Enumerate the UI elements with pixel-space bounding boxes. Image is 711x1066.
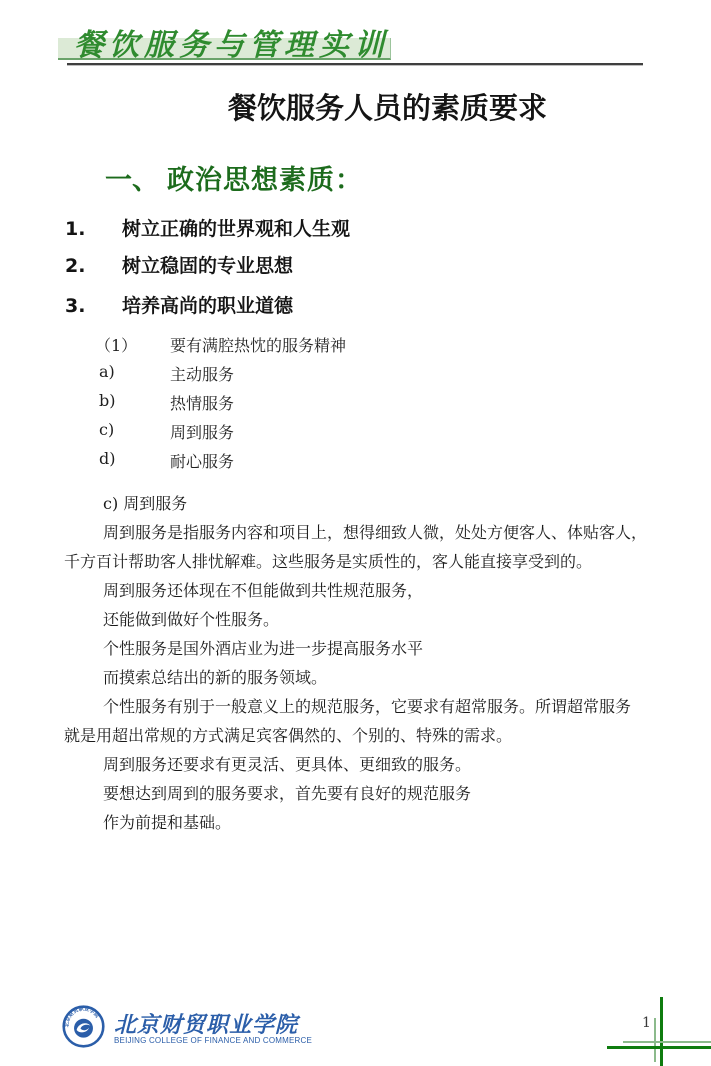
sub-list-marker: b) bbox=[99, 391, 115, 410]
body-line: 个性服务有别于一般意义上的规范服务，它要求有超常服务。所谓超常服务 bbox=[64, 692, 652, 721]
body-line: 周到服务是指服务内容和项目上，想得细致人微，处处方便客人、体贴客人， bbox=[64, 518, 652, 547]
corner-line-vertical-dark bbox=[660, 997, 663, 1066]
sub-list-item: a) 主动服务 bbox=[0, 362, 711, 384]
sub-list-text: 耐心服务 bbox=[170, 449, 234, 472]
corner-line-horizontal-light bbox=[623, 1041, 711, 1043]
list-item-text: 树立正确的世界观和人生观 bbox=[122, 218, 350, 240]
college-name-english: BEIJING COLLEGE OF FINANCE AND COMMERCE bbox=[114, 1036, 312, 1045]
list-item-number: 1. bbox=[65, 218, 122, 240]
list-item-text: 培养高尚的职业道德 bbox=[122, 295, 293, 317]
body-line: c) 周到服务 bbox=[64, 489, 652, 518]
sub-list-item: b) 热情服务 bbox=[0, 391, 711, 413]
page-title: 餐饮服务人员的素质要求 bbox=[228, 86, 547, 127]
body-line: 而摸索总结出的新的服务领域。 bbox=[64, 663, 652, 692]
body-line: 千方百计帮助客人排忧解难。这些服务是实质性的，客人能直接享受到的。 bbox=[64, 547, 652, 576]
list-item: 1.树立正确的世界观和人生观 bbox=[65, 214, 350, 241]
section-heading: 一、政治思想素质： bbox=[105, 158, 362, 197]
body-line: 个性服务是国外酒店业为进一步提高服务水平 bbox=[64, 634, 652, 663]
section-title: 政治思想素质 bbox=[167, 165, 335, 196]
sub-list-item: d) 耐心服务 bbox=[0, 449, 711, 471]
sub-list-marker: a) bbox=[99, 362, 115, 381]
corner-line-horizontal-dark bbox=[607, 1046, 711, 1049]
sub-list-item: c) 周到服务 bbox=[0, 420, 711, 442]
body-line: 作为前提和基础。 bbox=[64, 808, 652, 837]
corner-line-vertical-light bbox=[654, 1018, 656, 1062]
header-banner-title: 餐饮服务与管理实训 bbox=[74, 20, 389, 64]
section-number: 一、 bbox=[105, 165, 159, 196]
college-name-chinese: 北京财贸职业学院 bbox=[114, 1008, 298, 1039]
list-item-number: 3. bbox=[65, 295, 122, 317]
sub-list-text: 主动服务 bbox=[170, 362, 234, 385]
header-rule bbox=[67, 63, 643, 66]
college-seal-icon: 北京财贸职业学院 bbox=[62, 1005, 105, 1052]
sub-list-marker: （1） bbox=[95, 333, 137, 356]
sub-list-text: 周到服务 bbox=[170, 420, 234, 443]
sub-list-text: 热情服务 bbox=[170, 391, 234, 414]
page-number: 1 bbox=[642, 1015, 651, 1031]
document-page: 餐饮服务与管理实训 餐饮服务人员的素质要求 一、政治思想素质： 1.树立正确的世… bbox=[0, 0, 711, 1066]
sub-list-marker: c) bbox=[99, 420, 114, 439]
sub-list-marker: d) bbox=[99, 449, 115, 468]
body-line: 周到服务还要求有更灵活、更具体、更细致的服务。 bbox=[64, 750, 652, 779]
body-text-block: c) 周到服务 周到服务是指服务内容和项目上，想得细致人微，处处方便客人、体贴客… bbox=[64, 489, 652, 837]
list-item: 2.树立稳固的专业思想 bbox=[65, 251, 293, 278]
list-item-number: 2. bbox=[65, 255, 122, 277]
section-colon: ： bbox=[335, 165, 362, 196]
sub-list-text: 要有满腔热忱的服务精神 bbox=[170, 333, 346, 356]
body-line: 要想达到周到的服务要求，首先要有良好的规范服务 bbox=[64, 779, 652, 808]
list-item-text: 树立稳固的专业思想 bbox=[122, 255, 293, 277]
list-item: 3.培养高尚的职业道德 bbox=[65, 291, 293, 318]
body-line: 就是用超出常规的方式满足宾客偶然的、个别的、特殊的需求。 bbox=[64, 721, 652, 750]
sub-list-item: （1） 要有满腔热忱的服务精神 bbox=[0, 333, 711, 355]
body-line: 还能做到做好个性服务。 bbox=[64, 605, 652, 634]
body-line: 周到服务还体现在不但能做到共性规范服务， bbox=[64, 576, 652, 605]
